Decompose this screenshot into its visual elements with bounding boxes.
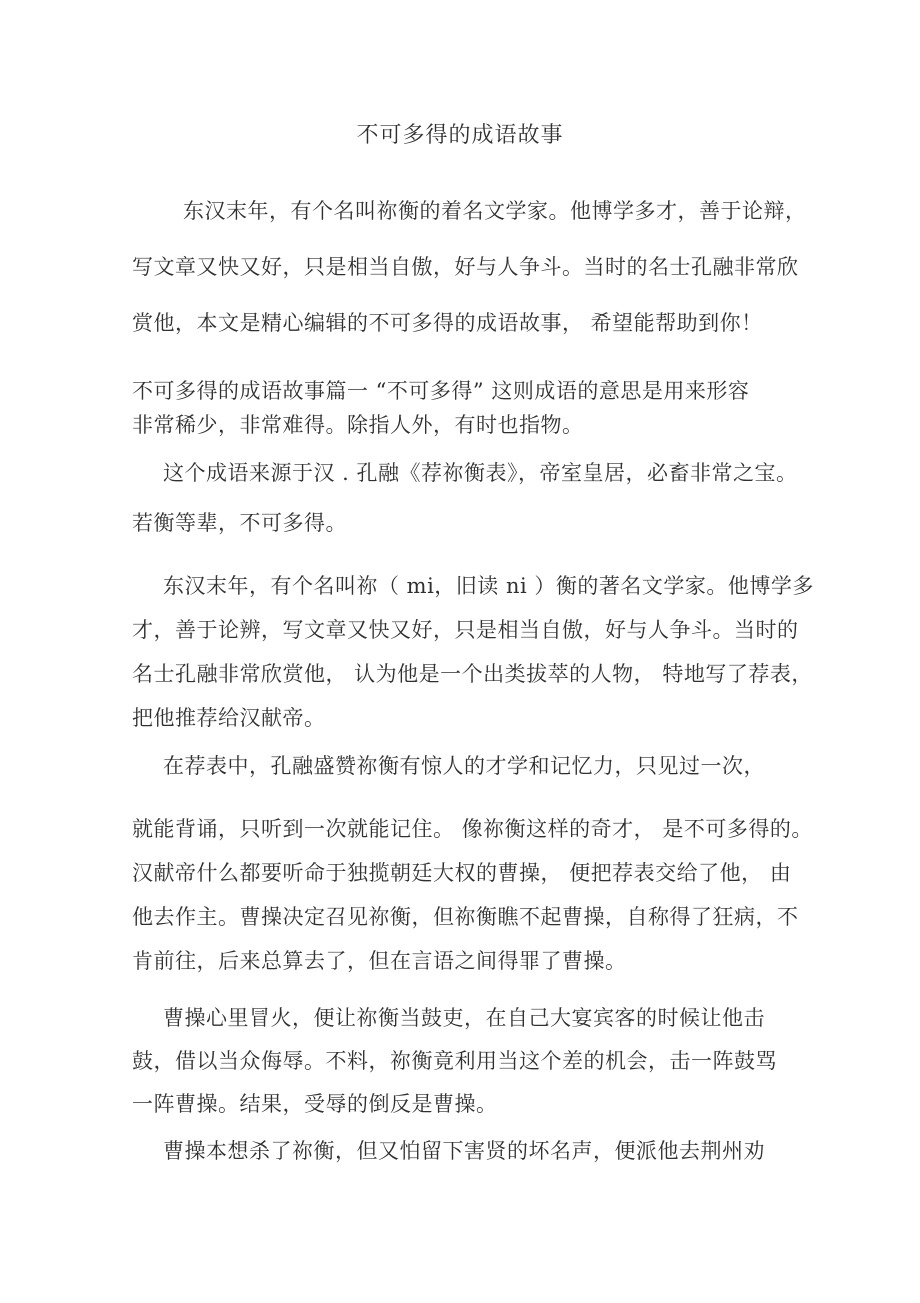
paragraph-definition: 不可多得的成语故事篇一 “不可多得” 这则成语的意思是用来形容 非常稀少，非常难… (132, 374, 812, 442)
text-line: 这个成语来源于汉 . 孔融《荐祢衡表》，帝室皇居，必畜非常之宝。 (132, 448, 812, 498)
text-line: 就能背诵，只听到一次就能记住。 像祢衡这样的奇才， 是不可多得的。 (132, 807, 812, 851)
text-line: 把他推荐给汉献帝。 (132, 696, 812, 740)
paragraph-miheng: 东汉末年，有个名叫祢（ mi，旧读 ni ）衡的著名文学家。他博学多 才，善于论… (132, 564, 812, 740)
paragraph-origin: 这个成语来源于汉 . 孔融《荐祢衡表》，帝室皇居，必畜非常之宝。 若衡等辈，不可… (132, 448, 812, 548)
paragraph-intro: 东汉末年，有个名叫祢衡的着名文学家。他博学多才，善于论辩， 写文章又快又好，只是… (132, 183, 812, 351)
text-line: 写文章又快又好，只是相当自傲，好与人争斗。当时的名士孔融非常欣 (132, 239, 812, 295)
text-line: 东汉末年，有个名叫祢（ mi，旧读 ni ）衡的著名文学家。他博学多 (132, 564, 812, 608)
text-line: 他去作主。曹操决定召见祢衡，但祢衡瞧不起曹操，自称得了狂病，不 (132, 895, 812, 939)
text-line: 非常稀少，非常难得。除指人外，有时也指物。 (132, 408, 812, 442)
paragraph-drummer: 曹操心里冒火，便让祢衡当鼓吏，在自己大宴宾客的时候让他击 鼓，借以当众侮辱。不料… (132, 997, 812, 1126)
text-line: 若衡等辈，不可多得。 (132, 498, 812, 548)
text-line: 汉献帝什么都要听命于独揽朝廷大权的曹操， 便把荐表交给了他， 由 (132, 851, 812, 895)
document-page: 不可多得的成语故事 东汉末年，有个名叫祢衡的着名文学家。他博学多才，善于论辩， … (0, 0, 920, 1303)
paragraph-ending: 曹操本想杀了祢衡，但又怕留下害贤的坏名声，便派他去荆州劝 (132, 1130, 812, 1173)
text-line: 才，善于论辨，写文章又快又好，只是相当自傲，好与人争斗。当时的 (132, 608, 812, 652)
document-title: 不可多得的成语故事 (132, 123, 788, 149)
text-line: 赏他，本文是精心编辑的不可多得的成语故事， 希望能帮助到你！ (132, 295, 812, 351)
text-line: 曹操心里冒火，便让祢衡当鼓吏，在自己大宴宾客的时候让他击 (132, 997, 812, 1040)
text-line: 鼓，借以当众侮辱。不料，祢衡竟利用当这个差的机会，击一阵鼓骂 (132, 1040, 812, 1083)
text-line: 肯前往，后来总算去了，但在言语之间得罪了曹操。 (132, 939, 812, 983)
text-line: 在荐表中，孔融盛赞祢衡有惊人的才学和记忆力，只见过一次， (132, 744, 812, 788)
text-line: 东汉末年，有个名叫祢衡的着名文学家。他博学多才，善于论辩， (132, 183, 812, 239)
text-line: 不可多得的成语故事篇一 “不可多得” 这则成语的意思是用来形容 (132, 374, 812, 408)
text-line: 曹操本想杀了祢衡，但又怕留下害贤的坏名声，便派他去荆州劝 (132, 1130, 812, 1173)
paragraph-recommendation: 在荐表中，孔融盛赞祢衡有惊人的才学和记忆力，只见过一次， 就能背诵，只听到一次就… (132, 744, 812, 983)
text-line: 名士孔融非常欣赏他， 认为他是一个出类拔萃的人物， 特地写了荐表， (132, 652, 812, 696)
text-line: 一阵曹操。结果，受辱的倒反是曹操。 (132, 1083, 812, 1126)
